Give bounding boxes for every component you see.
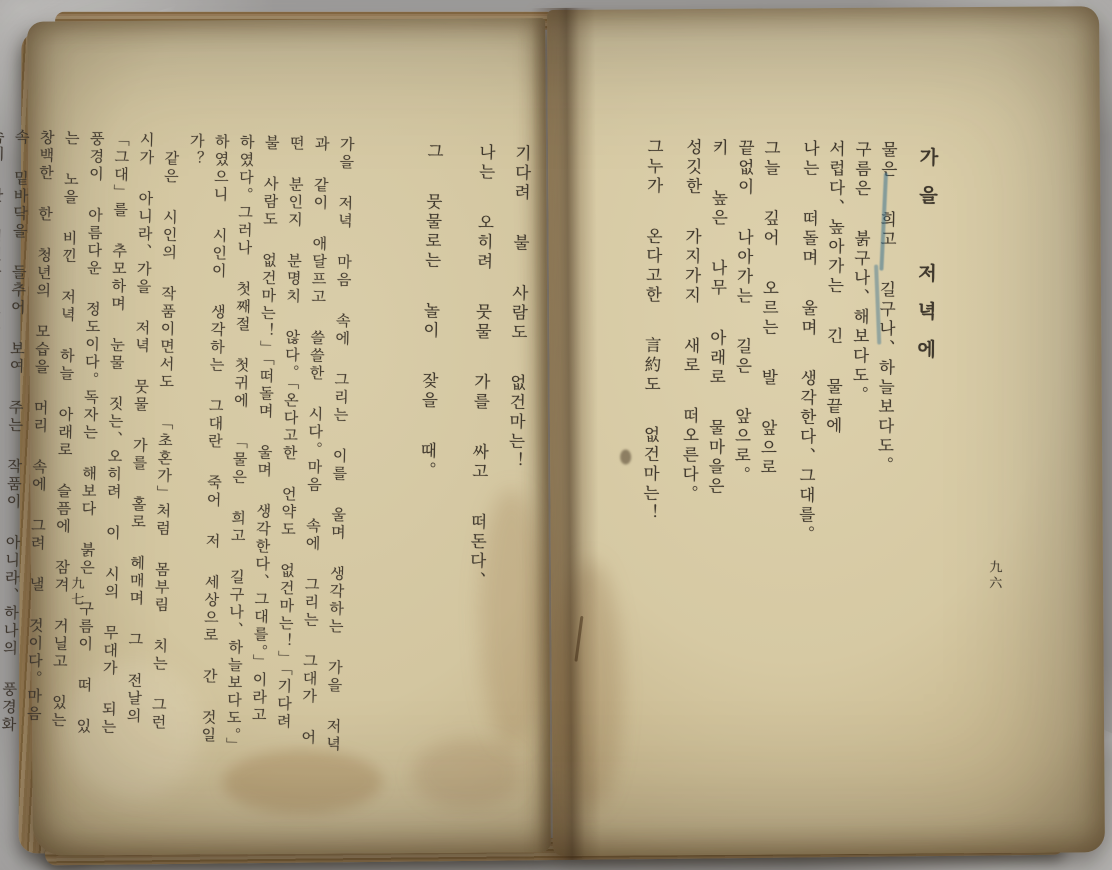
poem-continuation: 기다려 불 사람도 없건마는！ 나는 오히려 뭇물 가를 싸고 떠돈다、 그 뭇… [406, 142, 540, 592]
poem-line: 서럽다、높아가는 긴 물끝에 [818, 140, 849, 545]
poem-line: 그 뭇물로는 놀이 잦을 때。 [406, 142, 452, 590]
left-page: 기다려 불 사람도 없건마는！ 나는 오히려 뭇물 가를 싸고 떠돈다、 그 뭇… [27, 18, 551, 856]
right-page-content: 가을 저녁에 물은 희고 길구나、하늘보다도。 구름은 붉구나、해보다도。 서럽… [538, 1, 1100, 854]
prose-paragraph: 같은 시인의 작품이면서도 「초혼가」처럼 몸부림 치는 그런 시가 아니라、가… [0, 128, 183, 750]
page-number: 九七 [67, 576, 87, 608]
open-book: 기다려 불 사람도 없건마는！ 나는 오히려 뭇물 가를 싸고 떠돈다、 그 뭇… [15, 0, 1101, 868]
poem-line: 성깃한 가지가지 새로 떠오른다。 [675, 138, 706, 543]
poem-line: 그늘 깊어 오르는 발 앞으로 [753, 139, 784, 544]
commentary-prose: 가을 저녁 마음 속에 그리는 이를 울며 생각하는 가을 저녁과 같이 애달프… [0, 128, 358, 754]
poem-line: 그누가 온다고한 言約도 없건마는！ [636, 138, 667, 543]
poem-line: 키 높은 나무 아래로 물마을은 [701, 138, 732, 543]
poem-line: 끝없이 나아가는 길은 앞으로。 [727, 139, 758, 544]
page-number: 九六 [985, 560, 1004, 592]
book-photo-scene: 기다려 불 사람도 없건마는！ 나는 오히려 뭇물 가를 싸고 떠돈다、 그 뭇… [0, 0, 1112, 870]
left-page-content: 기다려 불 사람도 없건마는！ 나는 오히려 뭇물 가를 싸고 떠돈다、 그 뭇… [10, 7, 547, 853]
poem-line: 나는 떠돌며 울며 생각한다、그대를。 [792, 140, 823, 545]
prose-paragraph: 가을 저녁 마음 속에 그리는 이를 울며 생각하는 가을 저녁과 같이 애달프… [169, 133, 358, 755]
poem-title: 가을 저녁에 [911, 147, 941, 377]
poem-body: 물은 희고 길구나、하늘보다도。 구름은 붉구나、해보다도。 서럽다、높아가는 … [636, 138, 901, 546]
right-page: 가을 저녁에 물은 희고 길구나、하늘보다도。 구름은 붉구나、해보다도。 서럽… [547, 6, 1105, 856]
poem-line: 구름은 붉구나、해보다도。 [844, 140, 875, 545]
